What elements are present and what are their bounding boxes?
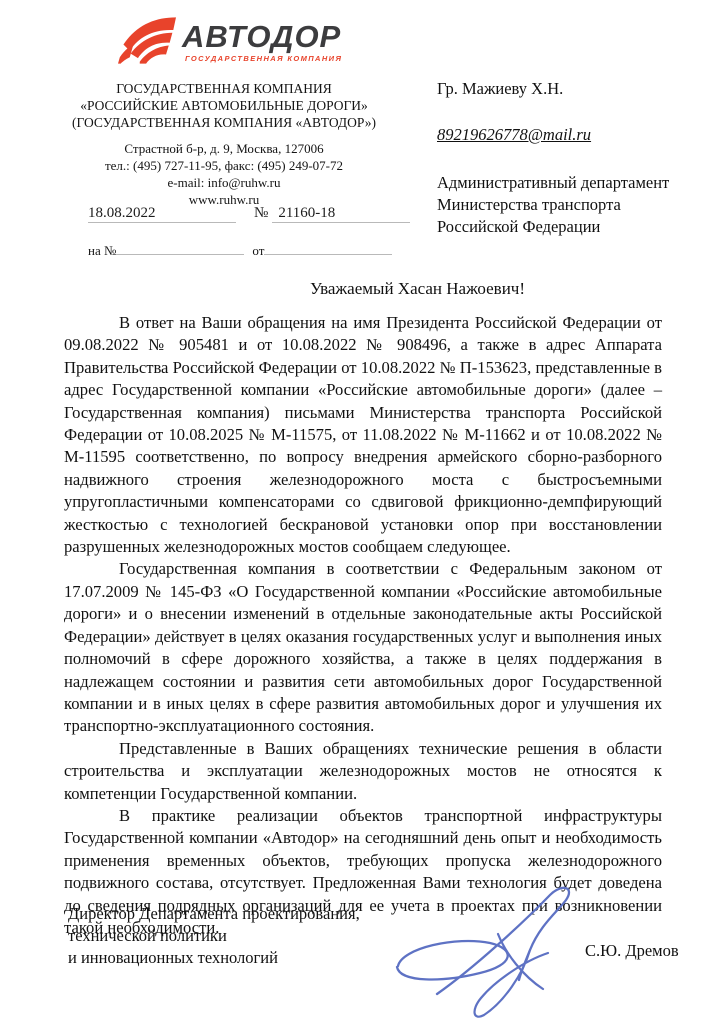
body-paragraph-2: Государственная компания в соответствии …	[64, 558, 662, 737]
na-no-label: на №	[88, 243, 116, 258]
logo-subtitle: ГОСУДАРСТВЕННАЯ КОМПАНИЯ	[185, 54, 342, 63]
ot-label: от	[252, 243, 264, 258]
sender-email: e-mail: info@ruhw.ru	[38, 174, 410, 191]
avtodor-road-fan-icon	[118, 16, 176, 64]
handwritten-signature	[382, 862, 582, 1020]
signer-title: Директор Департамента проектирования, те…	[68, 903, 360, 969]
sender-phone-fax: тел.: (495) 727-11-95, факс: (495) 249-0…	[38, 157, 410, 174]
letter-date: 18.08.2022	[88, 205, 236, 223]
recipient-email: 89219626778@mail.ru	[437, 124, 717, 146]
sender-company-line3: (ГОСУДАРСТВЕННАЯ КОМПАНИЯ «АВТОДОР»)	[38, 114, 410, 131]
sender-company-line2: «РОССИЙСКИЕ АВТОМОБИЛЬНЫЕ ДОРОГИ»	[38, 97, 410, 114]
logo-text: АВТОДОР ГОСУДАРСТВЕННАЯ КОМПАНИЯ	[182, 22, 342, 63]
reference-line: 18.08.2022№21160-18	[88, 205, 410, 223]
body-paragraph-3: Представленные в Ваших обращениях технич…	[64, 738, 662, 805]
signer-title-line2: технической политики	[68, 925, 360, 947]
sender-contacts: Страстной б-р, д. 9, Москва, 127006 тел.…	[38, 140, 410, 208]
ot-blank	[264, 254, 392, 255]
recipient-name: Гр. Мажиеву Х.Н.	[437, 78, 717, 100]
reply-reference-line: на №от	[88, 243, 392, 259]
na-no-blank	[116, 254, 244, 255]
sender-block: ГОСУДАРСТВЕННАЯ КОМПАНИЯ «РОССИЙСКИЕ АВТ…	[38, 80, 410, 208]
body-paragraph-1: В ответ на Ваши обращения на имя Президе…	[64, 312, 662, 558]
letter-page: АВТОДОР ГОСУДАРСТВЕННАЯ КОМПАНИЯ ГОСУДАР…	[0, 0, 725, 1024]
signer-title-line1: Директор Департамента проектирования,	[68, 903, 360, 925]
recipient-dept-line3: Российской Федерации	[437, 216, 717, 238]
sender-company-line1: ГОСУДАРСТВЕННАЯ КОМПАНИЯ	[38, 80, 410, 97]
recipient-dept-line2: Министерства транспорта	[437, 194, 717, 216]
recipient-block: Гр. Мажиеву Х.Н. 89219626778@mail.ru Адм…	[437, 78, 717, 238]
signer-title-line3: и инновационных технологий	[68, 947, 360, 969]
letter-body: В ответ на Ваши обращения на имя Президе…	[64, 312, 662, 939]
sender-address: Страстной б-р, д. 9, Москва, 127006	[38, 140, 410, 157]
recipient-department: Административный департамент Министерств…	[437, 172, 717, 238]
salutation: Уважаемый Хасан Нажоевич!	[175, 279, 660, 299]
number-sign: №	[254, 205, 268, 221]
logo-brand: АВТОДОР	[182, 22, 342, 52]
avtodor-logo: АВТОДОР ГОСУДАРСТВЕННАЯ КОМПАНИЯ	[118, 16, 342, 64]
signer-name: С.Ю. Дремов	[585, 941, 679, 961]
letter-number: 21160-18	[272, 205, 410, 223]
recipient-dept-line1: Административный департамент	[437, 172, 717, 194]
